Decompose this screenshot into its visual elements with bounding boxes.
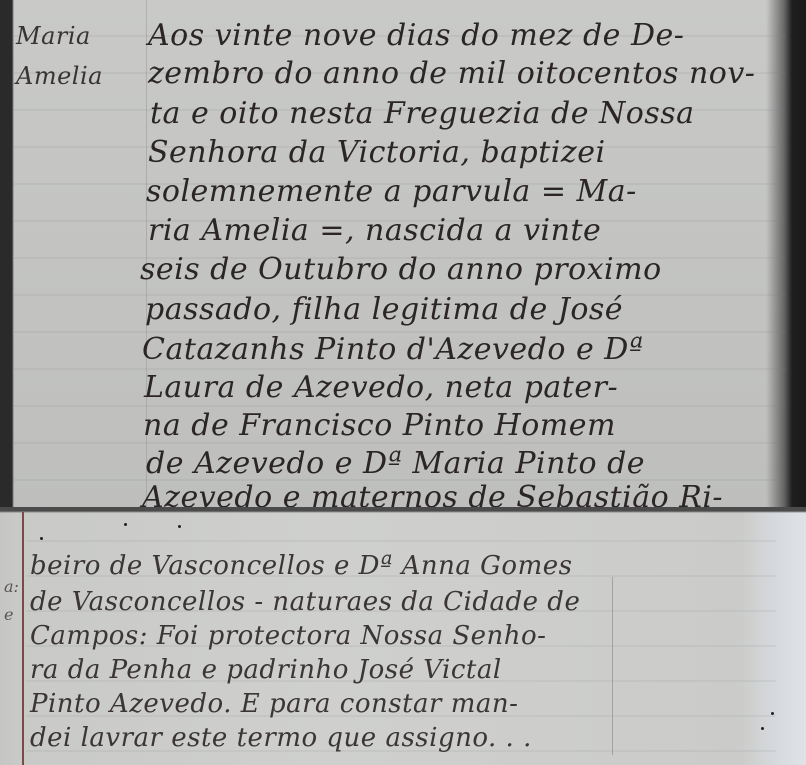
left-margin-fragment: a:	[4, 577, 19, 596]
record-line: ta e oito nesta Freguezia de Nossa	[150, 96, 695, 131]
ink-speck	[40, 537, 43, 540]
record-line: de Azevedo e Dª Maria Pinto de	[146, 446, 645, 481]
record-line: ra da Penha e padrinho José Victal	[30, 655, 502, 685]
right-margin-rule	[612, 577, 613, 755]
record-line: ria Amelia =, nascida a vinte	[148, 213, 601, 248]
margin-name-second: Amelia	[16, 62, 103, 90]
record-line: Pinto Azevedo. E para constar man-	[30, 689, 518, 719]
margin-name-first: Maria	[16, 22, 91, 50]
red-margin-rule	[22, 512, 24, 765]
record-line: Laura de Azevedo, neta pater-	[144, 370, 618, 405]
record-line: Senhora da Victoria, baptizei	[148, 135, 606, 170]
ink-speck	[178, 525, 181, 528]
ink-speck	[761, 727, 764, 730]
record-line: Azevedo e maternos de Sebastião Ri-	[142, 480, 723, 507]
record-line: de Vasconcellos - naturaes da Cidade de	[30, 587, 580, 617]
left-margin-fragment: e	[4, 605, 13, 624]
record-line: solemnemente a parvula = Ma-	[146, 174, 637, 209]
record-line: zembro do anno de mil oitocentos nov-	[148, 56, 755, 91]
record-line: seis de Outubro do anno proximo	[140, 252, 662, 287]
record-line: Aos vinte nove dias do mez de De-	[148, 18, 684, 53]
record-line: passado, filha legitima de José	[145, 292, 623, 327]
record-line: Campos: Foi protectora Nossa Senho-	[30, 621, 546, 651]
record-line: Catazanhs Pinto d'Azevedo e Dª	[142, 332, 644, 367]
register-page-bottom: a: e beiro de Vasconcellos e Dª Anna Gom…	[0, 507, 806, 765]
record-line: dei lavrar este termo que assigno. . .	[30, 723, 532, 753]
ink-speck	[771, 712, 774, 715]
record-line: na de Francisco Pinto Homem	[143, 408, 616, 443]
record-line: beiro de Vasconcellos e Dª Anna Gomes	[30, 551, 572, 581]
register-page-top: Maria Amelia Aos vinte nove dias do mez …	[0, 0, 806, 507]
ink-speck	[124, 523, 127, 526]
